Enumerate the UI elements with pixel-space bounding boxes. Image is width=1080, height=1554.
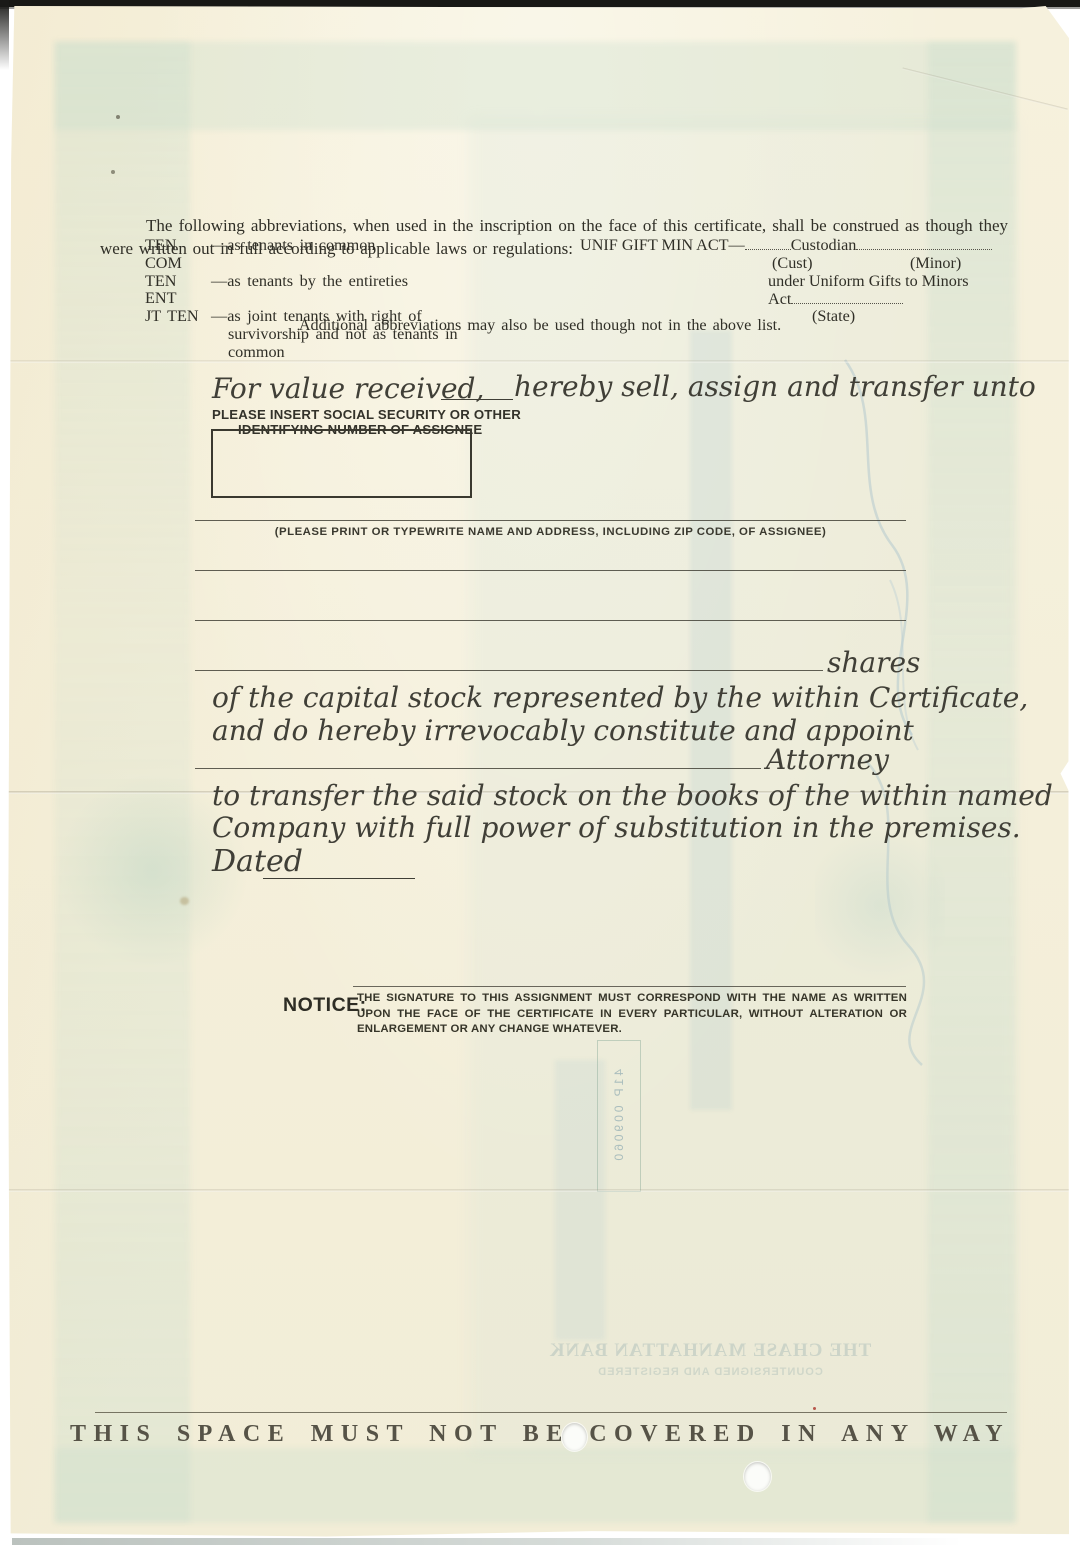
fold-crease-lower	[0, 1189, 1080, 1192]
print-typewrite-caption: (PLEASE PRINT OR TYPEWRITE NAME AND ADDR…	[195, 526, 906, 538]
attorney-fill-line	[195, 768, 761, 769]
dotted-leader	[745, 237, 791, 250]
minor-caption: (Minor)	[910, 255, 961, 273]
dotted-leader	[856, 237, 992, 250]
gift-act-label: UNIF GIFT MIN ACT—	[580, 237, 745, 255]
certificate-paper: 41P 009060 THE CHASE MANHATTAN BANK COUN…	[8, 6, 1069, 1538]
cust-caption: (Cust)	[772, 255, 812, 273]
notice-text: THE SIGNATURE TO THIS ASSIGNMENT MUST CO…	[357, 991, 907, 1038]
gift-act-row: UNIF GIFT MIN ACT— Custodian	[580, 237, 992, 255]
transfer-script-line2: Company with full power of substitution …	[212, 811, 1021, 844]
abbreviations-list: TEN COM —as tenants in common TEN ENT —a…	[145, 237, 565, 362]
punch-hole	[744, 1462, 771, 1491]
ghost-text-column-lower	[555, 1060, 605, 1340]
ssn-entry-box	[211, 429, 472, 498]
ghost-bank-name: THE CHASE MANHATTAN BANK	[545, 1340, 875, 1362]
under-uniform-gifts-text: under Uniform Gifts to Minors	[580, 273, 992, 291]
ink-speck	[111, 170, 115, 174]
act-label: Act	[768, 290, 791, 308]
dated-script: Dated	[212, 844, 303, 879]
dotted-leader	[791, 291, 903, 304]
ghost-border-top	[55, 42, 1015, 130]
abbreviation-row: TEN ENT —as tenants by the entireties	[145, 273, 565, 309]
sell-assign-transfer-script: hereby sell, assign and transfer unto	[514, 370, 1036, 403]
shares-word: shares	[827, 646, 920, 679]
assignee-name-line-2	[195, 570, 906, 571]
ssn-instruction-line1: PLEASE INSERT SOCIAL SECURITY OR OTHER	[212, 407, 521, 422]
footer-rule	[95, 1412, 1007, 1413]
attorney-word: Attorney	[766, 743, 889, 776]
assignee-name-line-3	[195, 620, 906, 621]
assignor-fill-line	[441, 399, 513, 400]
capital-stock-script-line1: of the capital stock represented by the …	[212, 681, 1028, 714]
abbreviation-row: TEN COM —as tenants in common	[145, 237, 565, 273]
footer-warning: THIS SPACE MUST NOT BE COVERED IN ANY WA…	[60, 1421, 1020, 1448]
dated-fill-line	[263, 878, 415, 879]
act-row: Act	[580, 291, 992, 309]
gift-act-captions: (Cust) (Minor)	[580, 255, 992, 273]
notice-label: NOTICE:	[283, 994, 367, 1017]
scan-edge-top	[0, 0, 1080, 7]
age-spot	[180, 897, 189, 905]
ghost-serial-number: 41P 009060	[612, 1069, 626, 1164]
abbrev-term: TEN ENT	[145, 273, 211, 309]
assignee-name-line-1	[195, 520, 906, 521]
abbrev-definition: —as tenants in common	[211, 237, 466, 273]
scan-edge-bottom	[12, 1538, 962, 1545]
fold-crease-corner	[902, 67, 1067, 110]
punch-hole	[562, 1423, 587, 1451]
additional-abbreviations-note: Additional abbreviations may also be use…	[65, 316, 1015, 335]
transfer-script-line1: to transfer the said stock on the books …	[212, 779, 1053, 812]
abbrev-term: TEN COM	[145, 237, 211, 273]
ghost-countersigned-text: COUNTERSIGNED AND REGISTERED	[540, 1366, 880, 1378]
scan-edge-left	[0, 0, 9, 70]
ghost-vignette-right	[815, 820, 945, 990]
scanned-certificate-back: 41P 009060 THE CHASE MANHATTAN BANK COUN…	[0, 0, 1080, 1554]
gift-act-column: UNIF GIFT MIN ACT— Custodian (Cust) (Min…	[580, 237, 992, 326]
ink-speck	[116, 115, 120, 119]
abbrev-definition: —as tenants by the entireties	[211, 273, 466, 309]
custodian-label: Custodian	[791, 237, 857, 255]
ghost-border-bottom	[55, 1448, 1015, 1523]
shares-fill-line	[195, 670, 823, 671]
signature-line	[353, 986, 906, 987]
for-value-received-script: For value received,	[212, 372, 484, 405]
ghost-serial-box: 41P 009060	[597, 1040, 641, 1192]
red-speck	[813, 1407, 816, 1410]
